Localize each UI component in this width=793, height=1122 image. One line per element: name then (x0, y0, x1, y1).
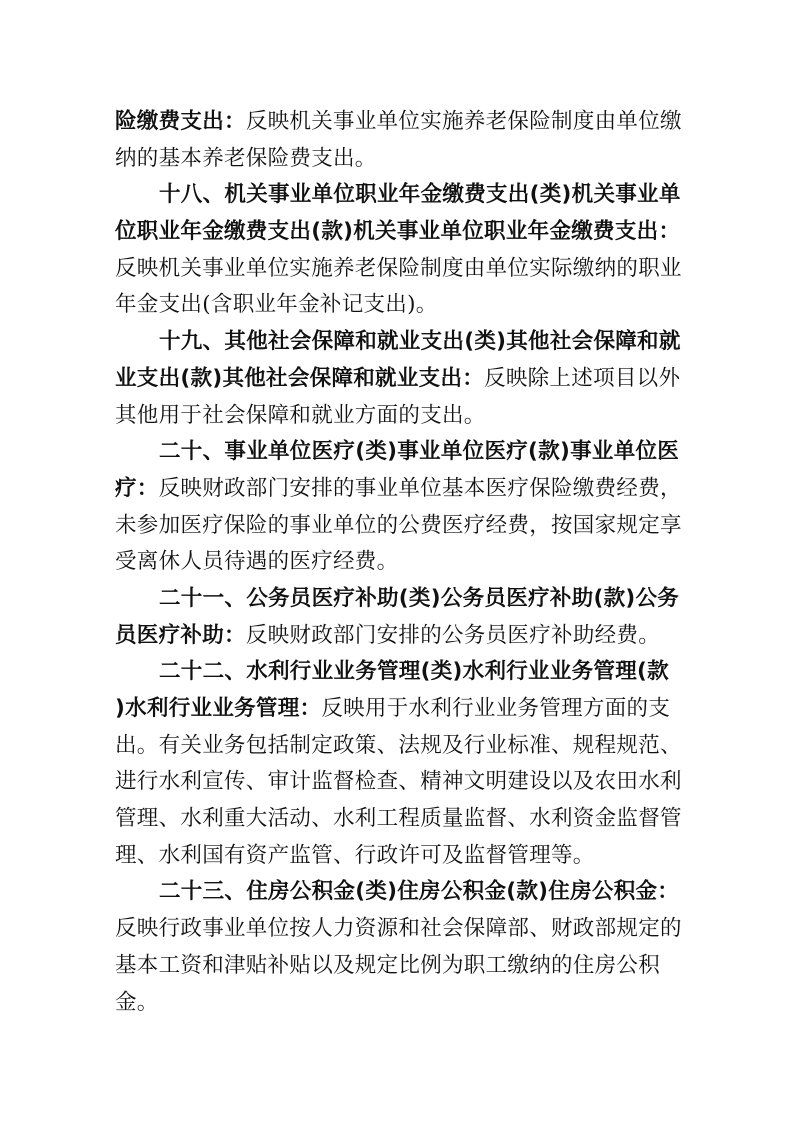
text-line: 受离休人员待遇的医疗经费。 (115, 544, 675, 581)
item-description: 纳的基本养老保险费支出。 (115, 146, 377, 171)
item-heading: 员医疗补助： (115, 623, 246, 648)
text-line: 基本工资和津贴补贴以及规定比例为职工缴纳的住房公积 (115, 948, 675, 985)
item-heading: 二十一、公务员医疗补助(类)公务员医疗补助(款)公务 (159, 586, 679, 611)
section-21-heading: 二十一、公务员医疗补助(类)公务员医疗补助(款)公务 (115, 581, 675, 618)
item-description: 反映财政部门安排的事业单位基本医疗保险缴费经费， (159, 476, 682, 501)
item-description: 基本工资和津贴补贴以及规定比例为职工缴纳的住房公积 (115, 953, 660, 978)
text-line: 出。有关业务包括制定政策、法规及行业标准、规程规范、 (115, 728, 675, 765)
item-heading: )水利行业业务管理： (115, 696, 321, 721)
item-heading: 二十、事业单位医疗(类)事业单位医疗(款)事业单位医 (159, 439, 679, 464)
text-line: 反映行政事业单位按人力资源和社会保障部、财政部规定的 (115, 911, 675, 948)
text-line: 员医疗补助：反映财政部门安排的公务员医疗补助经费。 (115, 618, 675, 655)
item-description: 年金支出(含职业年金补记支出)。 (115, 292, 438, 317)
text-line: 管理、水利重大活动、水利工程质量监督、水利资金监督管 (115, 801, 675, 838)
text-line: 未参加医疗保险的事业单位的公费医疗经费，按国家规定享 (115, 508, 675, 545)
section-23-heading: 二十三、住房公积金(类)住房公积金(款)住房公积金： (115, 874, 675, 911)
section-19-heading: 十九、其他社会保障和就业支出(类)其他社会保障和就 (115, 324, 675, 361)
text-line: 金。 (115, 985, 675, 1022)
document-page: 险缴费支出：反映机关事业单位实施养老保险制度由单位缴 纳的基本养老保险费支出。 … (115, 104, 675, 1021)
text-line: 年金支出(含职业年金补记支出)。 (115, 287, 675, 324)
text-line: 进行水利宣传、审计监督检查、精神文明建设以及农田水利 (115, 764, 675, 801)
item-heading: 险缴费支出： (115, 109, 246, 134)
text-line: 险缴费支出：反映机关事业单位实施养老保险制度由单位缴 (115, 104, 675, 141)
item-description: 进行水利宣传、审计监督检查、精神文明建设以及农田水利 (115, 769, 682, 794)
item-description: 反映财政部门安排的公务员医疗补助经费。 (246, 623, 660, 648)
item-description: 未参加医疗保险的事业单位的公费医疗经费，按国家规定享 (115, 513, 682, 538)
text-line: 反映机关事业单位实施养老保险制度由单位实际缴纳的职业 (115, 251, 675, 288)
text-line: 理、水利国有资产监管、行政许可及监督管理等。 (115, 838, 675, 875)
section-20-heading: 二十、事业单位医疗(类)事业单位医疗(款)事业单位医 (115, 434, 675, 471)
section-22-heading: 二十二、水利行业业务管理(类)水利行业业务管理(款 (115, 654, 675, 691)
item-description: 其他用于社会保障和就业方面的支出。 (115, 403, 486, 428)
item-description: 金。 (115, 990, 159, 1015)
section-18-heading: 十八、机关事业单位职业年金缴费支出(类)机关事业单 (115, 177, 675, 214)
text-line: )水利行业业务管理：反映用于水利行业业务管理方面的支 (115, 691, 675, 728)
text-line: 业支出(款)其他社会保障和就业支出：反映除上述项目以外 (115, 361, 675, 398)
item-heading: 十九、其他社会保障和就业支出(类)其他社会保障和就 (159, 329, 681, 354)
item-heading: 位职业年金缴费支出(款)机关事业单位职业年金缴费支出： (115, 219, 680, 244)
item-description: 反映除上述项目以外 (484, 366, 680, 391)
item-heading: 十八、机关事业单位职业年金缴费支出(类)机关事业单 (159, 182, 681, 207)
text-line: 其他用于社会保障和就业方面的支出。 (115, 398, 675, 435)
item-description: 受离休人员待遇的医疗经费。 (115, 549, 398, 574)
item-heading: 二十三、住房公积金(类)住房公积金(款)住房公积金： (159, 879, 679, 904)
text-line: 纳的基本养老保险费支出。 (115, 141, 675, 178)
item-description: 出。有关业务包括制定政策、法规及行业标准、规程规范、 (115, 733, 682, 758)
text-line: 疗：反映财政部门安排的事业单位基本医疗保险缴费经费， (115, 471, 675, 508)
item-description: 反映行政事业单位按人力资源和社会保障部、财政部规定的 (115, 916, 682, 941)
item-description: 反映机关事业单位实施养老保险制度由单位缴 (246, 109, 682, 134)
item-heading: 疗： (115, 476, 159, 501)
item-description: 管理、水利重大活动、水利工程质量监督、水利资金监督管 (115, 806, 682, 831)
item-description: 反映机关事业单位实施养老保险制度由单位实际缴纳的职业 (115, 256, 682, 281)
item-description: 理、水利国有资产监管、行政许可及监督管理等。 (115, 843, 595, 868)
text-line: 位职业年金缴费支出(款)机关事业单位职业年金缴费支出： (115, 214, 675, 251)
item-heading: 业支出(款)其他社会保障和就业支出： (115, 366, 484, 391)
item-heading: 二十二、水利行业业务管理(类)水利行业业务管理(款 (159, 659, 669, 684)
item-description: 反映用于水利行业业务管理方面的支 (321, 696, 670, 721)
